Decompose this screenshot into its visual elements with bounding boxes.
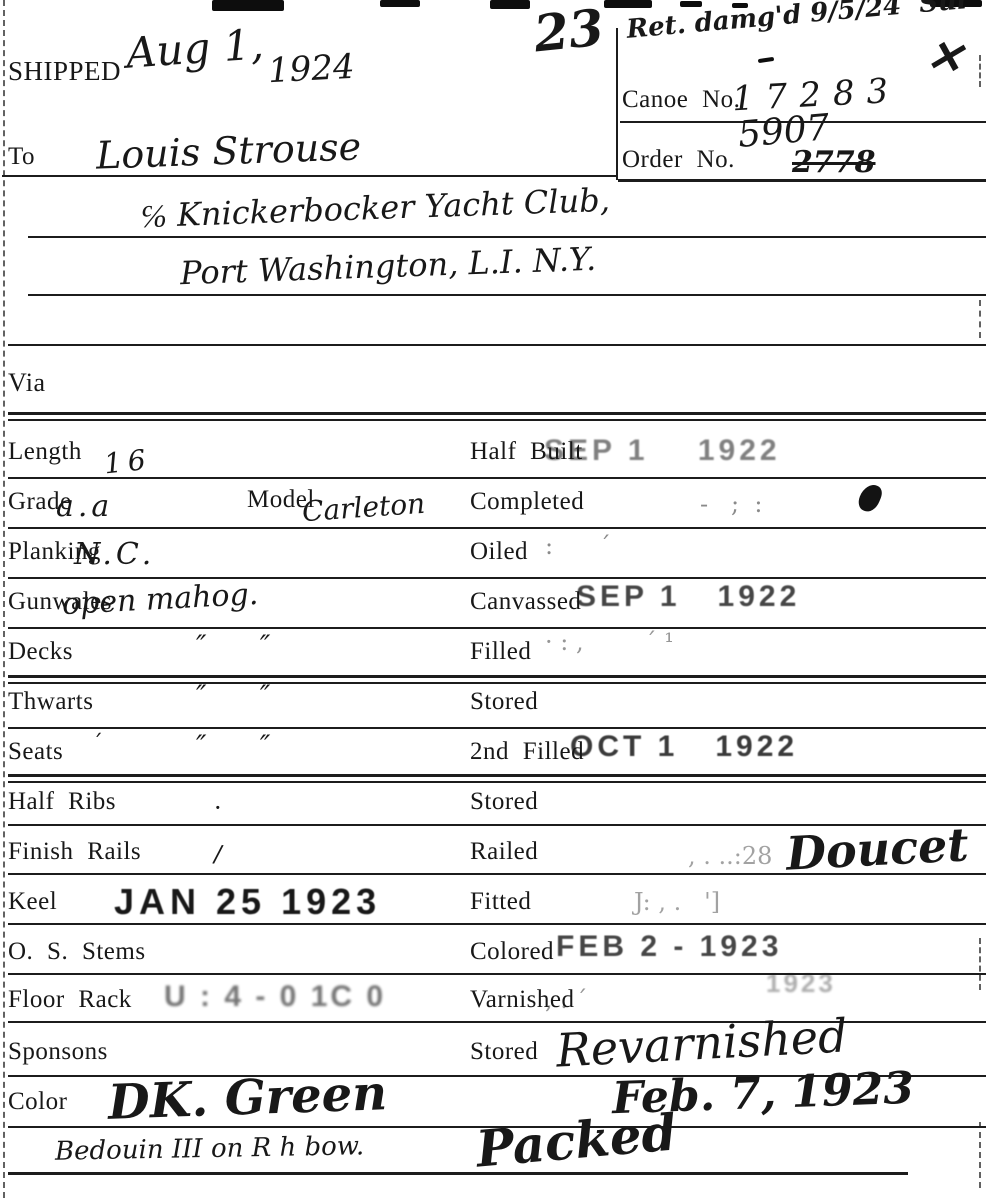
- half-built-date-stamp: SEP 1 1922: [544, 436, 781, 466]
- right-border-segment-1: [979, 55, 981, 87]
- colored-date-stamp: FEB 2 - 1923: [556, 932, 782, 962]
- railed-signature: Doucet: [785, 821, 970, 876]
- x-mark: ✕: [923, 34, 966, 83]
- scan-smudge: [680, 1, 702, 7]
- via-underline-bottom: [8, 419, 986, 421]
- to-name: Louis Strouse: [95, 127, 361, 174]
- stored-label-2: Stored: [470, 788, 538, 816]
- planking-value: N.C.: [74, 540, 155, 570]
- stored-label-1: Stored: [470, 688, 538, 716]
- model-value: Carleton: [301, 490, 426, 527]
- gunwales-value: open mahog.: [61, 580, 259, 620]
- shipped-label: SHIPPED: [8, 56, 121, 87]
- left-border: [3, 0, 5, 1198]
- second-filled-date-stamp: OCT 1 1922: [570, 732, 798, 762]
- keel-label: Keel: [8, 888, 57, 916]
- right-border-segment-4: [979, 1122, 981, 1188]
- shipped-date-year: 1924: [267, 50, 355, 88]
- keel-date-stamp: JAN 25 1923: [114, 884, 381, 920]
- return-damaged-note: Ret. damg'd 9/5/24 Sul: [626, 0, 968, 43]
- tally-number: 23: [532, 2, 606, 59]
- filled-label: Filled: [470, 638, 531, 666]
- completed-label: Completed: [470, 488, 584, 516]
- row-line: [8, 873, 986, 875]
- right-border-segment-3: [979, 938, 981, 990]
- length-value: 16: [103, 446, 153, 479]
- canvassed-date-stamp: SEP 1 1922: [576, 582, 800, 612]
- packed-note: Packed: [474, 1107, 678, 1174]
- row-line: [8, 527, 986, 529]
- os-stems-label: O. S. Stems: [8, 938, 146, 966]
- row-line: [8, 923, 986, 925]
- thwarts-ditto-marks: ″ ″: [196, 682, 270, 710]
- varnished-faint-marks: , . ´: [545, 988, 588, 1012]
- header-divider-line: [616, 28, 618, 180]
- row-line: [8, 781, 986, 783]
- row-line: [8, 577, 986, 579]
- order-box-bottom-line: [618, 179, 986, 182]
- oiled-label: Oiled: [470, 538, 528, 566]
- fitted-label: Fitted: [470, 888, 531, 916]
- seats-ditto-marks: ″ ″: [196, 732, 270, 760]
- row-line: [8, 973, 986, 975]
- oiled-faint-marks: : ´: [545, 534, 611, 558]
- half-ribs-dot: ·: [214, 796, 222, 820]
- row-line: [8, 727, 986, 729]
- address-line2-underline: [28, 294, 986, 296]
- bow-inscription-note: Bedouin III on R h bow.: [55, 1133, 365, 1164]
- color-value: DK. Green: [107, 1069, 388, 1127]
- canvassed-label: Canvassed: [470, 588, 581, 616]
- bottom-line: [8, 1172, 908, 1175]
- via-underline-top: [8, 412, 986, 415]
- row-line: [8, 627, 986, 629]
- decks-ditto-marks: ″ ″: [196, 632, 270, 660]
- color-label: Color: [8, 1088, 67, 1116]
- floor-rack-faint-stamp: U : 4 - 0 1C 0: [164, 982, 386, 1012]
- shipped-date-month-day: Aug 1,: [125, 23, 265, 75]
- second-filled-label: 2nd Filled: [470, 738, 584, 766]
- colored-label: Colored: [470, 938, 554, 966]
- railed-label: Railed: [470, 838, 538, 866]
- canoe-shipping-record-card: SHIPPED Aug 1, 1924 23 Ret. damg'd 9/5/2…: [0, 0, 986, 1198]
- row-line: [8, 682, 986, 684]
- order-no-struck-value: 2778: [792, 148, 876, 178]
- railed-faint-stamp: , . ..:28: [688, 844, 772, 868]
- address-line1-underline: [28, 236, 986, 238]
- order-no-label: Order No.: [622, 146, 735, 174]
- via-label: Via: [8, 368, 45, 398]
- fitted-faint-marks: J: , . ']: [634, 890, 720, 914]
- length-label: Length: [8, 438, 82, 466]
- filled-faint-marks: · : , ´ ¹: [545, 630, 674, 654]
- row-line: [8, 477, 986, 479]
- scan-smudge: [604, 0, 652, 8]
- grade-value: a.a: [56, 492, 113, 522]
- row-line: [8, 774, 986, 777]
- half-ribs-label: Half Ribs: [8, 788, 116, 816]
- floor-rack-label: Floor Rack: [8, 986, 132, 1014]
- address-line2: Port Washington, L.I. N.Y.: [180, 243, 597, 290]
- pen-dash: [758, 57, 774, 63]
- revarnished-note: Revarnished: [555, 1012, 849, 1073]
- seats-label: Seats: [8, 738, 63, 766]
- scan-smudge: [380, 0, 420, 7]
- to-underline: [2, 175, 616, 177]
- completed-faint-marks: - ; :: [700, 492, 762, 516]
- sponsons-label: Sponsons: [8, 1038, 108, 1066]
- ink-blot: [855, 481, 884, 514]
- blank-ruled-line: [8, 344, 986, 346]
- finish-rails-mark: /: [212, 841, 224, 866]
- thwarts-label: Thwarts: [8, 688, 93, 716]
- address-line1: ℅ Knickerbocker Yacht Club,: [140, 184, 611, 232]
- right-border-segment-2: [979, 300, 981, 338]
- stored-label-3: Stored: [470, 1038, 538, 1066]
- scan-smudge: [490, 0, 530, 9]
- scan-smudge: [212, 0, 284, 11]
- finish-rails-label: Finish Rails: [8, 838, 141, 866]
- seats-tick: ´: [92, 734, 103, 756]
- canoe-no-label: Canoe No.: [622, 86, 740, 114]
- to-label: To: [8, 143, 35, 171]
- row-line: [8, 675, 986, 678]
- varnished-faint-year: 1923: [766, 970, 836, 996]
- decks-label: Decks: [8, 638, 73, 666]
